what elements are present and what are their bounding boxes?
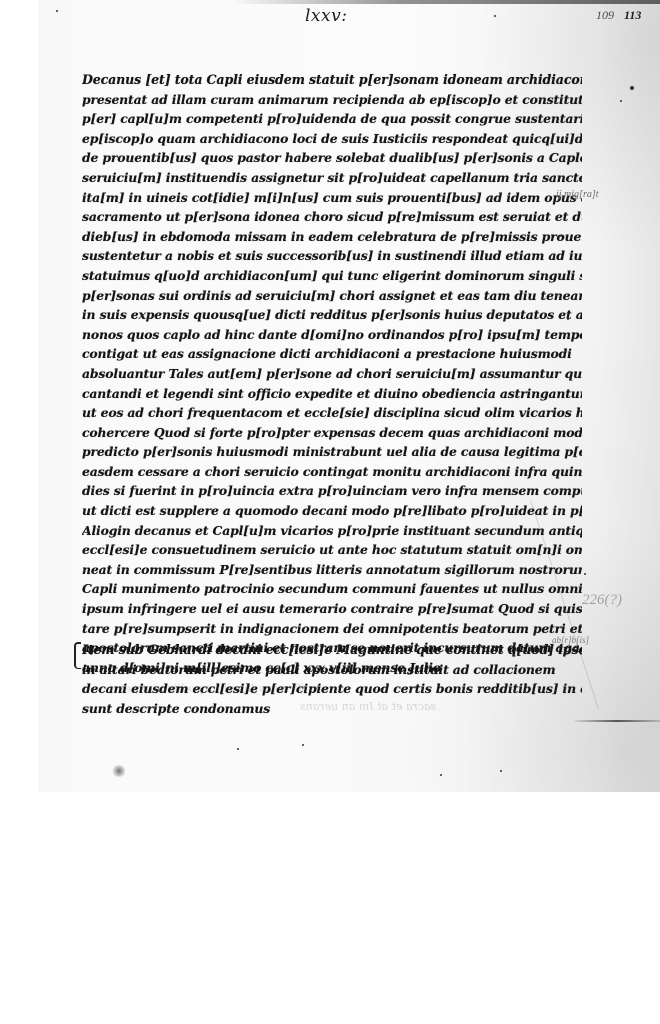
text-line: ep[iscop]o quam archidiacono loci de sui… [82, 129, 582, 149]
text-line: contigat ut eas assignacione dicti archi… [82, 344, 582, 364]
text-line: sustentetur a nobis et suis successorib[… [82, 246, 582, 266]
text-line: eccl[esi]e consuetudinem seruicio ut ant… [82, 540, 582, 560]
text-line: ita[m] in uineis cot[idie] m[i]n[us] cum… [82, 188, 582, 208]
text-line: Decanus [et] tota Capli eiusdem statuit … [82, 70, 582, 90]
ink-blot [112, 765, 126, 777]
speck [560, 235, 562, 237]
text-line: sunt descripte condonamus [82, 699, 582, 719]
text-line: Aliogin decanus et Capl[u]m vicarios p[r… [82, 521, 582, 541]
folio-numbers: 109 113 [596, 8, 641, 23]
speck [500, 770, 502, 772]
running-head: lxxv: [305, 6, 347, 26]
paragraph-mark [74, 642, 81, 669]
text-line: nonos quos caplo ad hinc dante d[omi]no … [82, 325, 582, 345]
text-line: cantandi et legendi sint officio expedit… [82, 384, 582, 404]
text-line: Item sub Gebhardi decani ecc[lesi]e Magu… [82, 640, 582, 660]
marginal-note: ij mig[ra]t [556, 189, 599, 200]
page-fold-line [575, 720, 660, 722]
speck [302, 744, 304, 746]
folio-number-new: 113 [624, 8, 641, 23]
text-line: dieb[us] in ebdomoda missam in eadem cel… [82, 227, 582, 247]
speck [567, 318, 569, 320]
binding-shadow [230, 0, 660, 4]
text-line: cohercere Quod si forte p[ro]pter expens… [82, 423, 582, 443]
marginal-small-note: ab[r]b[is] [552, 635, 589, 645]
text-line: p[er]sonas sui ordinis ad seruiciu[m] ch… [82, 286, 582, 306]
speck [237, 748, 239, 750]
text-line: neat in commissum P[re]sentibus litteris… [82, 560, 582, 580]
paragraph-2: Item sub Gebhardi decani ecc[lesi]e Magu… [82, 640, 582, 718]
speck [584, 573, 586, 575]
speck [494, 15, 496, 17]
text-line: ut dicti est supplere a quomodo decani m… [82, 501, 582, 521]
speck [440, 774, 442, 776]
text-line: decani eiusdem eccl[esi]e p[er]cipiente … [82, 679, 582, 699]
text-line: predicto p[er]sonis huiusmodi ministrabu… [82, 442, 582, 462]
folio-number-old: 109 [596, 8, 614, 23]
text-line: in altari beatorum petri et pauli aposto… [82, 660, 582, 680]
pencil-number: 226(?) [582, 592, 622, 609]
text-line: easdem cessare a chori seruicio continga… [82, 462, 582, 482]
text-line: tare p[re]sumpserit in indignacionem dei… [82, 619, 582, 639]
text-line: Capli munimento patrocinio secundum comm… [82, 579, 582, 599]
text-line: dies si fuerint in p[ro]uincia extra p[r… [82, 481, 582, 501]
text-line: seruiciu[m] instituendis assignetur sit … [82, 168, 582, 188]
text-line: statuimus q[uo]d archidiacon[um] qui tun… [82, 266, 582, 286]
text-line: in suis expensis quousq[ue] dicti reddit… [82, 305, 582, 325]
text-line: de prouentib[us] quos pastor habere sole… [82, 148, 582, 168]
text-line: sacramento ut p[er]sona idonea choro sic… [82, 207, 582, 227]
text-line: p[er] capl[u]m competenti p[ro]uidenda d… [82, 109, 582, 129]
text-line: ipsum infringere uel ei ausu temerario c… [82, 599, 582, 619]
text-line: presentat ad illam curam animarum recipi… [82, 90, 582, 110]
text-line: ut eos ad chori frequentacom et eccle[si… [82, 403, 582, 423]
speck [630, 86, 634, 90]
manuscript-scan: lxxv: 109 113 sta ffirmens Juncitum podi… [0, 0, 660, 1024]
paragraph-1: Decanus [et] tota Capli eiusdem statuit … [82, 70, 582, 677]
speck [620, 100, 622, 102]
speck [56, 10, 58, 12]
text-line: absoluantur Tales aut[em] p[er]sone ad c… [82, 364, 582, 384]
